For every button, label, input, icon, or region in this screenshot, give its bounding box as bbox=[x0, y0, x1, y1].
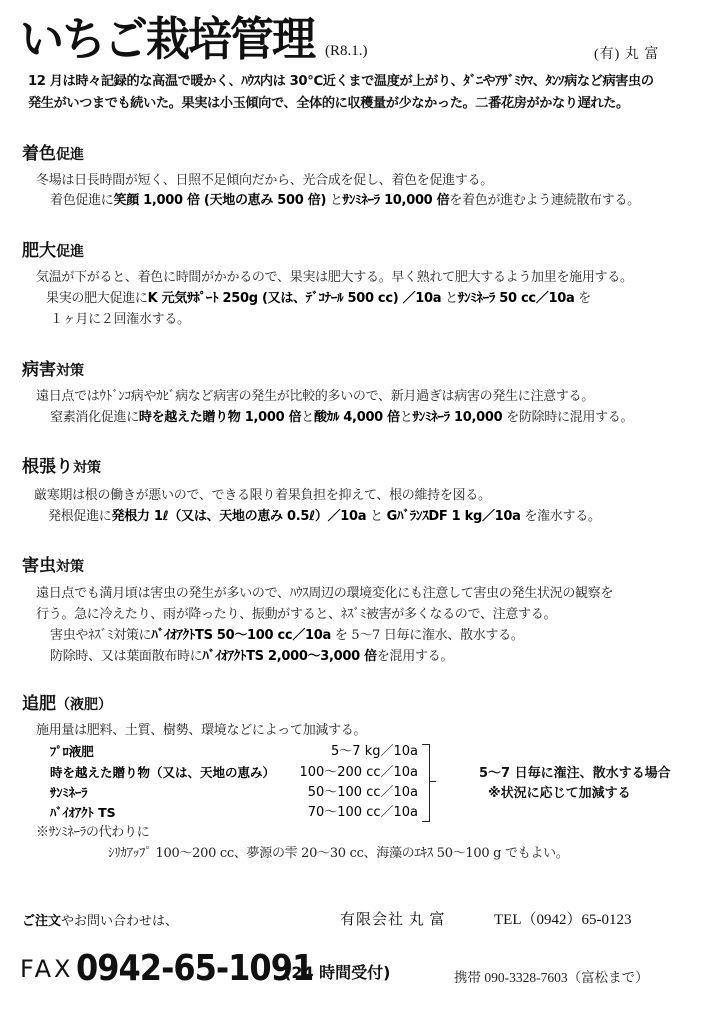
telephone-number: TEL（0942）65-0123 bbox=[494, 908, 631, 929]
text: を着色が進むよう連続散布する。 bbox=[449, 193, 640, 208]
section-heading-disease: 病害対策 bbox=[22, 359, 84, 382]
pests-line-2: 行う。急に冷えたり、雨が降ったり、振動がすると、ﾈｽﾞﾐ被害が多くなるので、注意… bbox=[36, 605, 556, 625]
text: を bbox=[574, 291, 591, 306]
text: を混用する。 bbox=[377, 649, 453, 664]
heading-main: 肥大 bbox=[22, 241, 56, 261]
coloring-line-2: 着色促進に笑顔 1,000 倍 (天地の恵み 500 倍) とｻﾝﾐﾈｰﾗ 10… bbox=[50, 191, 640, 211]
heading-sub: 対策 bbox=[56, 363, 84, 379]
order-label: ご注文 bbox=[22, 914, 61, 929]
enlargement-line-3: １ヶ月に２回潅水する。 bbox=[50, 310, 190, 330]
roots-line-1: 厳寒期は根の働きが悪いので、できる限り着果負担を抑えて、根の維持を図る。 bbox=[34, 486, 491, 506]
adjust-note: ※状況に応じて加減する bbox=[488, 784, 631, 804]
heading-sub: 対策 bbox=[73, 460, 101, 476]
fertilizer-amount: 70～100 cc／10a bbox=[218, 803, 418, 823]
text: と bbox=[301, 410, 314, 425]
document-date: (R8.1.) bbox=[325, 43, 368, 60]
heading-sub: 促進 bbox=[56, 147, 84, 163]
text: と bbox=[326, 193, 343, 208]
text: と bbox=[400, 410, 413, 425]
document-title: いちご栽培管理 bbox=[20, 14, 314, 67]
text: 窒素消化促進に bbox=[50, 410, 139, 425]
inquiry-label: やお問い合わせは、 bbox=[61, 914, 178, 929]
product-highlight: GﾊﾞﾗﾝｽDF 1 kg／10a bbox=[387, 509, 521, 524]
section-heading-pests: 害虫対策 bbox=[22, 555, 84, 578]
product-highlight: K 元気ｻﾎﾟｰﾄ 250g (又は、ﾃﾞｺﾅｰﾙ 500 cc) ／10a bbox=[148, 291, 442, 306]
text: 発根促進に bbox=[48, 509, 112, 524]
heading-main: 根張り bbox=[22, 457, 73, 477]
intro-paragraph: 12 月は時々記録的な高温で暖かく、ﾊｳｽ内は 30℃近くまで温度が上がり、ﾀﾞ… bbox=[28, 71, 654, 115]
section-heading-coloring: 着色促進 bbox=[22, 143, 84, 166]
product-highlight: ﾊﾞｲｵｱｸﾄTS 50～100 cc／10a bbox=[151, 628, 331, 643]
pests-line-4: 防除時、又は葉面散布時にﾊﾞｲｵｱｸﾄTS 2,000～3,000 倍を混用する… bbox=[50, 647, 453, 667]
grouping-bracket bbox=[422, 744, 430, 822]
fax-number: 0942-65-1091 bbox=[76, 946, 313, 990]
pests-line-1: 遠日点でも満月頃は害虫の発生が多いので、ﾊｳｽ周辺の環境変化にも注意して害虫の発… bbox=[36, 584, 613, 604]
enlargement-line-2: 果実の肥大促進にK 元気ｻﾎﾟｰﾄ 250g (又は、ﾃﾞｺﾅｰﾙ 500 cc… bbox=[46, 289, 591, 309]
intro-line-2: 発生がいつまでも続いた。果実は小玉傾向で、全体的に収穫量が少なかった。二番花房が… bbox=[28, 93, 654, 115]
text: 着色促進に bbox=[50, 193, 114, 208]
section-heading-enlargement: 肥大促進 bbox=[22, 240, 84, 263]
heading-main: 病害 bbox=[22, 360, 56, 380]
fax-label: FAX bbox=[20, 952, 73, 986]
company-name-header: (有) 丸 富 bbox=[594, 43, 659, 63]
topdressing-line-1: 施用量は肥料、土質、樹勢、環境などによって加減する。 bbox=[36, 721, 366, 741]
product-highlight: ﾊﾞｲｵｱｸﾄTS 2,000～3,000 倍 bbox=[202, 649, 376, 664]
fax-hours-note: (24 時間受付) bbox=[284, 960, 390, 983]
section-heading-topdressing: 追肥（液肥） bbox=[22, 693, 112, 716]
fertilizer-name: ﾌﾟﾛ液肥 bbox=[50, 742, 94, 762]
fertilizer-name: ﾊﾞｲｵｱｸﾄ TS bbox=[50, 803, 116, 823]
disease-line-2: 窒素消化促進に時を越えた贈り物 1,000 倍と酸ｶﾙ 4,000 倍とｻﾝﾐﾈ… bbox=[50, 408, 633, 428]
fertilizer-amount: 5～7 kg／10a bbox=[218, 742, 418, 762]
pests-line-3: 害虫やﾈｽﾞﾐ対策にﾊﾞｲｵｱｸﾄTS 50～100 cc／10a を 5～7 … bbox=[50, 626, 524, 646]
heading-sub: 対策 bbox=[56, 559, 84, 575]
mobile-number: 携帯 090-3328-7603（富松まで） bbox=[454, 966, 649, 986]
heading-main: 追肥 bbox=[22, 694, 56, 714]
intro-line-1: 12 月は時々記録的な高温で暖かく、ﾊｳｽ内は 30℃近くまで温度が上がり、ﾀﾞ… bbox=[28, 71, 654, 93]
text: 防除時、又は葉面散布時に bbox=[50, 649, 202, 664]
heading-sub: 促進 bbox=[56, 244, 84, 260]
text: 害虫やﾈｽﾞﾐ対策に bbox=[50, 628, 151, 643]
footer-company-name: 有限会社 丸 富 bbox=[340, 908, 446, 929]
enlargement-line-1: 気温が下がると、着色に時間がかかるので、果実は肥大する。早く熟れて肥大するよう加… bbox=[36, 268, 633, 288]
coloring-line-1: 冬場は日長時間が短く、日照不足傾向だから、光合成を促し、着色を促進する。 bbox=[36, 171, 493, 191]
disease-line-1: 遠日点ではｳﾄﾞﾝｺ病やｶﾋﾞ病など病害の発生が比較的多いので、新月過ぎは病害の… bbox=[36, 387, 594, 407]
fertilizer-name: ｻﾝﾐﾈｰﾗ bbox=[50, 783, 88, 803]
product-highlight: ｻﾝﾐﾈｰﾗ 10,000 bbox=[413, 410, 503, 425]
heading-main: 着色 bbox=[22, 144, 56, 164]
product-highlight: 酸ｶﾙ 4,000 倍 bbox=[314, 410, 400, 425]
application-note: 5～7 日毎に潅注、散水する場合 bbox=[479, 764, 671, 784]
order-inquiry-text: ご注文やお問い合わせは、 bbox=[22, 910, 178, 929]
text: 果実の肥大促進に bbox=[46, 291, 148, 306]
heading-main: 害虫 bbox=[22, 556, 56, 576]
alternative-note-2: ｼﾘｶｱｯﾌﾟ 100～200 cc、夢源の雫 20～30 cc、海藻のｴｷｽ … bbox=[108, 844, 569, 864]
text: を 5～7 日毎に潅水、散水する。 bbox=[331, 628, 524, 643]
product-highlight: 時を越えた贈り物 1,000 倍 bbox=[139, 410, 301, 425]
bracket-tick bbox=[430, 781, 436, 782]
text: を潅水する。 bbox=[521, 509, 601, 524]
text: を防除時に混用する。 bbox=[502, 410, 633, 425]
product-highlight: ｻﾝﾐﾈｰﾗ 50 cc／10a bbox=[458, 291, 575, 306]
text: と bbox=[441, 291, 458, 306]
fertilizer-amount: 100～200 cc／10a bbox=[218, 763, 418, 783]
product-highlight: 発根力 1ℓ（又は、天地の恵み 0.5ℓ）／10a bbox=[112, 509, 367, 524]
product-highlight: 笑顔 1,000 倍 (天地の恵み 500 倍) bbox=[114, 193, 327, 208]
heading-sub: （液肥） bbox=[56, 697, 112, 713]
roots-line-2: 発根促進に発根力 1ℓ（又は、天地の恵み 0.5ℓ）／10a と GﾊﾞﾗﾝｽD… bbox=[48, 507, 601, 527]
fertilizer-amount: 50～100 cc／10a bbox=[218, 783, 418, 803]
product-highlight: ｻﾝﾐﾈｰﾗ 10,000 倍 bbox=[343, 193, 450, 208]
text: と bbox=[366, 509, 386, 524]
alternative-note-1: ※ｻﾝﾐﾈｰﾗの代わりに bbox=[36, 823, 149, 843]
section-heading-roots: 根張り対策 bbox=[22, 456, 101, 479]
